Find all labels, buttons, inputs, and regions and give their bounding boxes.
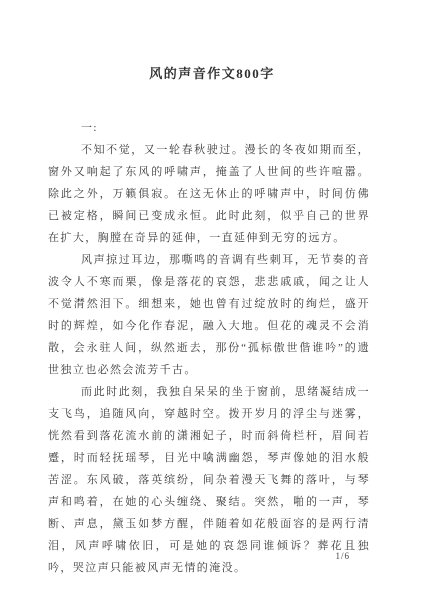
essay-paragraph: 而此时此刻，我独自呆呆的坐于窗前，思绪凝结成一支飞鸟，追随风向，穿越时空。拨开岁… bbox=[48, 381, 370, 579]
essay-title: 风的声音作文800字 bbox=[0, 0, 424, 82]
document-page: 风的声音作文800字 一: 不知不觉，又一轮春秋驶过。漫长的冬夜如期而至，窗外又… bbox=[0, 0, 424, 600]
essay-body: 一: 不知不觉，又一轮春秋驶过。漫长的冬夜如期而至，窗外又响起了东风的呼啸声，掩… bbox=[48, 117, 370, 579]
essay-paragraph: 风声掠过耳边，那嘶鸣的音调有些刺耳，无节奏的音波令人不寒而栗，像是落花的哀怨，悲… bbox=[48, 249, 370, 381]
essay-paragraph: 不知不觉，又一轮春秋驶过。漫长的冬夜如期而至，窗外又响起了东风的呼啸声，掩盖了人… bbox=[48, 139, 370, 249]
page-number-indicator: 1/6 bbox=[335, 551, 350, 561]
section-label: 一: bbox=[48, 117, 370, 139]
